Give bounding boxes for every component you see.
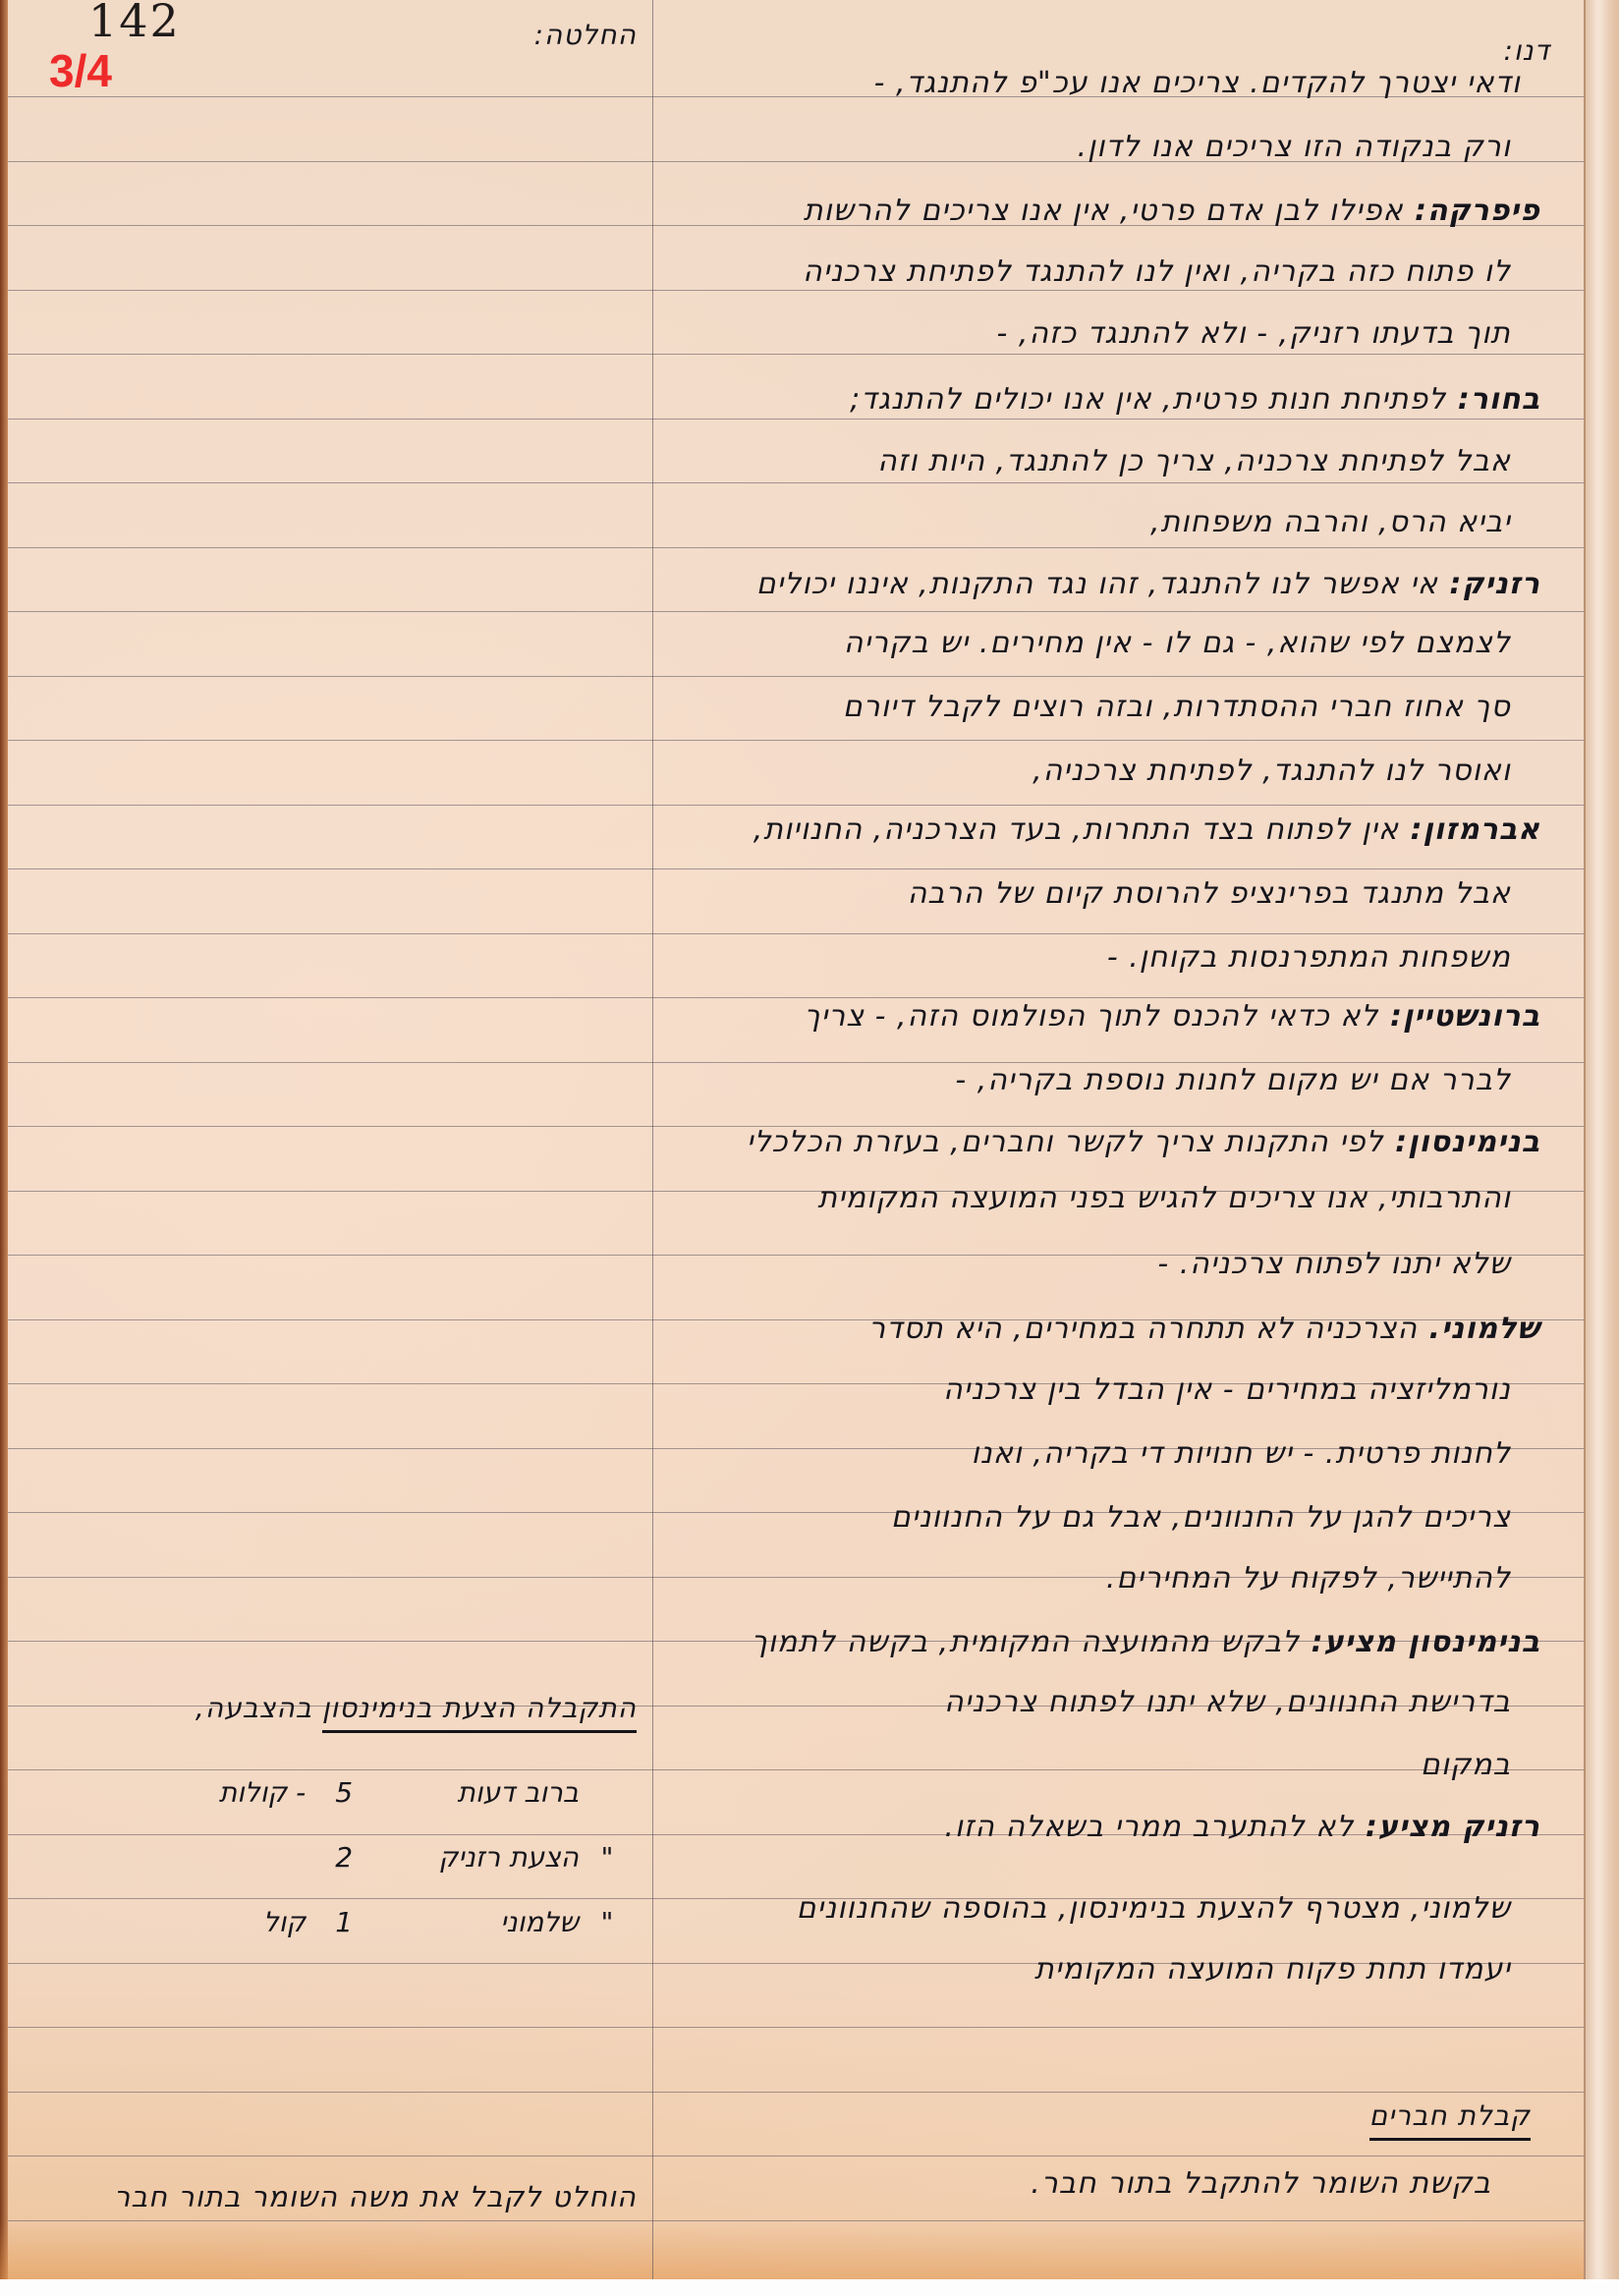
vote-unit: - קולות — [207, 1776, 306, 1809]
line-text: לצמצם לפי שהוא, - גם לו - אין מחירים. יש… — [844, 626, 1511, 660]
ruled-line — [8, 676, 1584, 677]
ruled-line — [8, 1769, 1584, 1770]
discussion-line: נורמליזציה במחירים - אין הבדל בין צרכניה — [943, 1375, 1511, 1405]
discussion-line: בנימינסון: לפי התקנות צריך לקשר וחברים, … — [747, 1128, 1540, 1157]
ruled-line — [8, 997, 1584, 998]
vote-count: 2 — [314, 1841, 373, 1874]
ruled-line — [8, 482, 1584, 483]
discussion-line: שלמוני, מצטרף להצעת בנימינסון, בהוספה שה… — [797, 1894, 1511, 1924]
speaker-name: בנימינסון: — [1384, 1125, 1540, 1159]
margin-divider — [652, 0, 653, 2279]
section-heading: קבלת חברים — [1369, 2102, 1531, 2130]
discussion-header: דנו: — [1503, 37, 1550, 65]
speaker-name: רזניק מציע: — [1354, 1810, 1540, 1844]
ruled-line — [8, 2220, 1584, 2221]
line-text: הצרכניה לא תתחרה במחירים, היא תסדר — [868, 1312, 1418, 1346]
discussion-line: רזניק מציע: לא להתערב ממרי בשאלה הזו. — [944, 1813, 1540, 1842]
discussion-line: במקום — [1421, 1751, 1511, 1780]
notebook-page: 142 3/4 החלטה: התקבלה הצעת בנימינסון בהצ… — [0, 0, 1619, 2279]
line-text: ודאי יצטרך להקדים. צריכים אנו עכ"פ להתנג… — [874, 66, 1521, 100]
ruled-line — [8, 2027, 1584, 2028]
line-text: אבל מתנגד בפרינציפ להרוסת קיום של הרבה — [908, 876, 1511, 911]
discussion-line: לצמצם לפי שהוא, - גם לו - אין מחירים. יש… — [844, 629, 1511, 658]
line-text: ואוסר לנו להתנגד, לפתיחת צרכניה, — [1033, 754, 1511, 788]
discussion-line: לברר אם יש מקום לחנות נוספת בקריה, - — [955, 1066, 1511, 1095]
line-text: לחנות פרטית. - יש חנויות די בקריה, ואנו — [972, 1436, 1511, 1471]
vote-count: 5 — [314, 1776, 373, 1809]
discussion-line: שלמוני. הצרכניה לא תתחרה במחירים, היא תס… — [868, 1315, 1540, 1344]
vote-label: שלמוני — [382, 1906, 579, 1938]
discussion-line: ברונשטיין: לא כדאי להכנס לתוך הפולמוס הז… — [805, 1002, 1541, 1032]
line-text: ורק בנקודה הזו צריכים אנו לדון. — [1078, 130, 1512, 164]
notebook-binding — [1584, 0, 1619, 2279]
discussion-line: בחור: לפתיחת חנות פרטית, אין אנו יכולים … — [850, 385, 1540, 415]
speaker-name: ברונשטיין: — [1379, 999, 1541, 1034]
vote-label: הצעת רזניק — [382, 1841, 579, 1874]
ruled-line — [8, 354, 1584, 355]
line-text: תוך בדעתו רזניק, - ולא להתנגד כזה, - — [997, 316, 1511, 351]
discussion-line: בנימינסון מציע: לבקש מהמועצה המקומית, בק… — [752, 1628, 1540, 1657]
discussion-line: אבל לפתיחת צרכניה, צריך כן להתנגד, היות … — [877, 447, 1511, 476]
vote-row: " הצעת רזניק 2 — [207, 1841, 627, 1874]
line-text: נורמליזציה במחירים - אין הבדל בין צרכניה — [943, 1372, 1511, 1407]
line-text: בדרישת החנוונים, שלא יתנו לפתוח צרכניה — [944, 1685, 1511, 1719]
line-text: לברר אם יש מקום לחנות נוספת בקריה, - — [955, 1063, 1511, 1097]
line-text: לו פתוח כזה בקריה, ואין לנו להתנגד לפתיח… — [803, 254, 1511, 289]
discussion-line: לו פתוח כזה בקריה, ואין לנו להתנגד לפתיח… — [803, 257, 1511, 287]
paper-stain — [0, 2220, 1619, 2279]
vote-heading: התקבלה הצעת בנימינסון בהצבעה, — [195, 1695, 637, 1722]
discussion-line: להתיישר, לפקוח על המחירים. — [1106, 1564, 1511, 1594]
page-edge — [0, 0, 8, 2279]
line-text: לא להתערב ממרי בשאלה הזו. — [944, 1810, 1354, 1844]
speaker-name: אברמזון: — [1399, 812, 1540, 847]
discussion-line: משפחות המתפרנסות בקוחן. - — [1107, 943, 1511, 973]
sheet-marker: 3/4 — [49, 44, 112, 97]
discussion-line: פיפרקה: אפילו לבן אדם פרטי, אין אנו צריכ… — [804, 196, 1540, 226]
ruled-line — [8, 611, 1584, 612]
line-text: לבקש מהמועצה המקומית, בקשה לתמוך — [752, 1625, 1300, 1659]
discussion-line: בדרישת החנוונים, שלא יתנו לפתוח צרכניה — [944, 1688, 1511, 1717]
vote-label: ברוב דעות — [382, 1776, 579, 1809]
ruled-line — [8, 933, 1584, 934]
discussion-line: יביא הרס, והרבה משפחות, — [1150, 508, 1511, 537]
line-text: אין לפתוח בצד התחרות, בעד הצרכניה, החנוי… — [754, 812, 1399, 847]
discussion-line: צריכים להגן על החנוונים, אבל גם על החנוו… — [891, 1503, 1511, 1533]
line-text: במקום — [1421, 1748, 1511, 1782]
section-line: בקשת השומר להתקבל בתור חבר. — [1031, 2169, 1491, 2199]
discussion-line: אברמזון: אין לפתוח בצד התחרות, בעד הצרכנ… — [754, 815, 1540, 845]
ruled-line — [8, 419, 1584, 420]
ruled-line — [8, 740, 1584, 741]
speaker-name: בחור: — [1446, 382, 1540, 417]
discussion-line: רזניק: אי אפשר לנו להתנגד, זהו נגד התקנו… — [756, 570, 1540, 599]
line-text: לא כדאי להכנס לתוך הפולמוס הזה, - צריך — [805, 999, 1379, 1034]
discussion-line: לחנות פרטית. - יש חנויות די בקריה, ואנו — [972, 1439, 1511, 1469]
discussion-line: ודאי יצטרך להקדים. צריכים אנו עכ"פ להתנג… — [874, 69, 1521, 98]
line-text: לפתיחת חנות פרטית, אין אנו יכולים להתנגד… — [850, 382, 1446, 417]
line-text: יעמדו תחת פקוח המועצה המקומית — [1034, 1952, 1511, 1987]
discussion-line: אבל מתנגד בפרינציפ להרוסת קיום של הרבה — [908, 879, 1511, 909]
discussion-line: שלא יתנו לפתוח צרכניה. - — [1157, 1250, 1511, 1279]
discussion-line: ורק בנקודה הזו צריכים אנו לדון. — [1078, 133, 1512, 162]
speaker-name: בנימינסון מציע: — [1300, 1625, 1540, 1659]
line-text: והתרבותי, אנו צריכים להגיש בפני המועצה ה… — [817, 1181, 1511, 1215]
ruled-line — [8, 805, 1584, 806]
ruled-line — [8, 2156, 1584, 2156]
decision-header: החלטה: — [534, 22, 637, 49]
ruled-line — [8, 547, 1584, 548]
line-text: אבל לפתיחת צרכניה, צריך כן להתנגד, היות … — [877, 444, 1511, 478]
discussion-line: תוך בדעתו רזניק, - ולא להתנגד כזה, - — [997, 319, 1511, 349]
line-text: לפי התקנות צריך לקשר וחברים, בעזרת הכלכל… — [747, 1125, 1384, 1159]
line-text: אי אפשר לנו להתנגד, זהו נגד התקנות, איננ… — [756, 567, 1438, 601]
speaker-name: רזניק: — [1438, 567, 1540, 601]
ruled-line — [8, 290, 1584, 291]
ruled-line — [8, 868, 1584, 869]
line-text: אפילו לבן אדם פרטי, אין אנו צריכים להרשו… — [804, 194, 1404, 228]
line-text: שלמוני, מצטרף להצעת בנימינסון, בהוספה שה… — [797, 1891, 1511, 1926]
line-text: צריכים להגן על החנוונים, אבל גם על החנוו… — [891, 1500, 1511, 1535]
vote-unit: קול — [207, 1906, 306, 1938]
speaker-name: שלמוני. — [1418, 1312, 1540, 1346]
vote-heading-rest: בהצבעה, — [195, 1692, 312, 1724]
line-text: יביא הרס, והרבה משפחות, — [1150, 505, 1511, 539]
discussion-line: יעמדו תחת פקוח המועצה המקומית — [1034, 1955, 1511, 1985]
discussion-line: והתרבותי, אנו צריכים להגיש בפני המועצה ה… — [817, 1184, 1511, 1213]
vote-count: 1 — [314, 1906, 373, 1938]
final-decision: הוחלט לקבל את משה השומר בתור חבר — [114, 2183, 637, 2212]
discussion-line: ואוסר לנו להתנגד, לפתיחת צרכניה, — [1033, 756, 1511, 786]
vote-row: ברוב דעות 5 - קולות — [207, 1776, 627, 1809]
vote-heading-underlined: התקבלה הצעת בנימינסון — [322, 1692, 637, 1733]
speaker-name: פיפרקה: — [1404, 194, 1541, 228]
line-text: להתיישר, לפקוח על המחירים. — [1106, 1561, 1511, 1596]
vote-row: " שלמוני 1 קול — [207, 1906, 627, 1938]
page-number: 142 — [88, 0, 181, 47]
discussion-line: סך אחוז חברי ההסתדרות, ובזה רוצים לקבל ד… — [843, 693, 1511, 722]
line-text: משפחות המתפרנסות בקוחן. - — [1107, 940, 1511, 975]
line-text: שלא יתנו לפתוח צרכניה. - — [1157, 1247, 1511, 1281]
line-text: סך אחוז חברי ההסתדרות, ובזה רוצים לקבל ד… — [843, 690, 1511, 724]
ruled-line — [8, 2092, 1584, 2093]
